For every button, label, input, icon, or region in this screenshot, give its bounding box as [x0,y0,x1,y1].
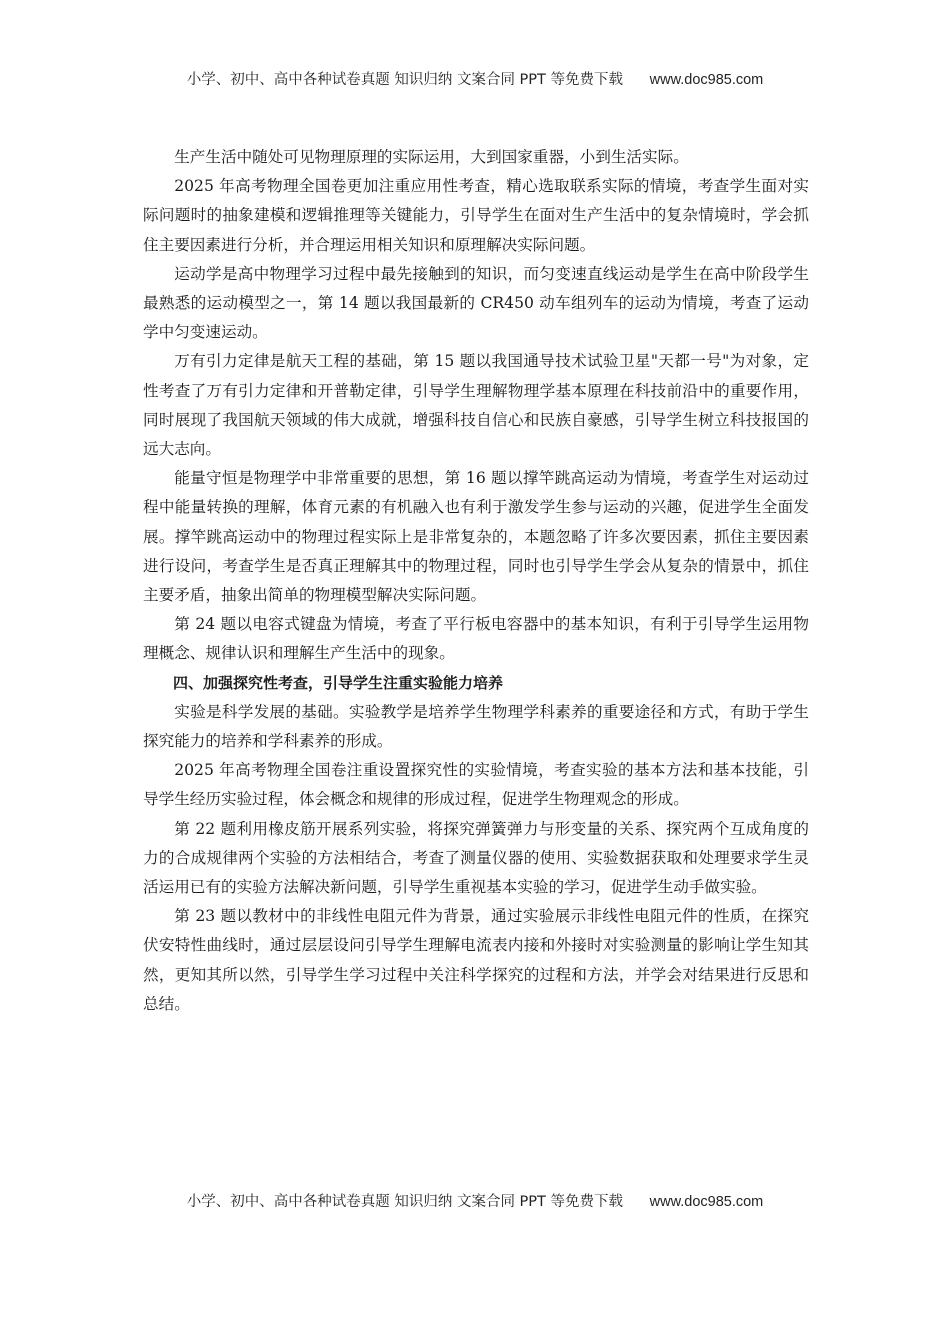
section-heading: 四、加强探究性考查，引导学生注重实验能力培养 [143,669,809,698]
paragraph: 万有引力定律是航天工程的基础，第 15 题以我国通导技术试验卫星"天都一号"为对… [143,347,809,464]
paragraph: 2025 年高考物理全国卷注重设置探究性的实验情境，考查实验的基本方法和基本技能… [143,756,809,814]
header-url-link[interactable]: www.doc985.com [650,72,764,88]
footer-text: 小学、初中、高中各种试卷真题 知识归纳 文案合同 PPT 等免费下载 [187,1194,623,1210]
document-body: 生产生活中随处可见物理原理的实际运用，大到国家重器，小到生活实际。 2025 年… [143,143,809,1019]
header-text: 小学、初中、高中各种试卷真题 知识归纳 文案合同 PPT 等免费下载 [187,72,623,88]
paragraph: 第 23 题以教材中的非线性电阻元件为背景，通过实验展示非线性电阻元件的性质，在… [143,902,809,1019]
paragraph: 第 22 题利用橡皮筋开展系列实验，将探究弹簧弹力与形变量的关系、探究两个互成角… [143,815,809,903]
page-footer: 小学、初中、高中各种试卷真题 知识归纳 文案合同 PPT 等免费下载 www.d… [0,1190,950,1211]
paragraph: 运动学是高中物理学习过程中最先接触到的知识，而匀变速直线运动是学生在高中阶段学生… [143,260,809,348]
page-header: 小学、初中、高中各种试卷真题 知识归纳 文案合同 PPT 等免费下载 www.d… [0,68,950,89]
paragraph: 实验是科学发展的基础。实验教学是培养学生物理学科素养的重要途径和方式，有助于学生… [143,698,809,756]
paragraph: 2025 年高考物理全国卷更加注重应用性考查，精心选取联系实际的情境，考查学生面… [143,172,809,260]
paragraph: 生产生活中随处可见物理原理的实际运用，大到国家重器，小到生活实际。 [143,143,809,172]
paragraph: 能量守恒是物理学中非常重要的思想，第 16 题以撑竿跳高运动为情境，考查学生对运… [143,464,809,610]
footer-url-link[interactable]: www.doc985.com [650,1194,764,1210]
paragraph: 第 24 题以电容式键盘为情境，考查了平行板电容器中的基本知识，有利于引导学生运… [143,610,809,668]
